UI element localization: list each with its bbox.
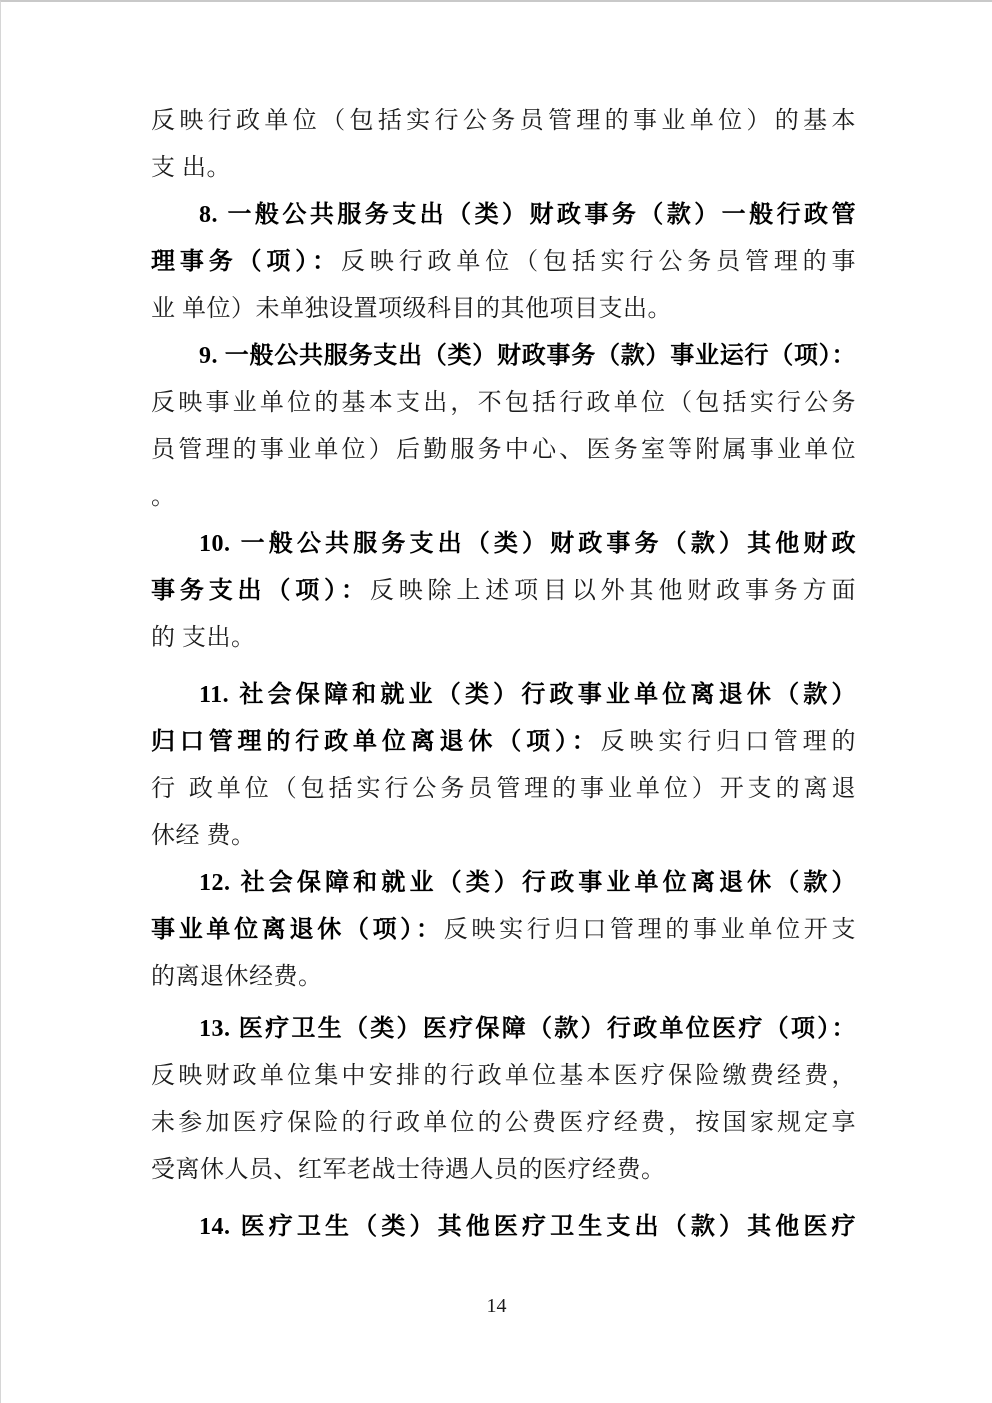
body-line: 的 支出。 [151, 615, 856, 662]
section-heading-8: 8. 一般公共服务支出（类）财政事务（款）一般行政管 [151, 192, 856, 239]
text-segment: 休经 费。 [151, 823, 256, 849]
text-segment: 行 政单位（包括实行公务员管理的事业单位）开支的离退 [151, 776, 856, 802]
page-number: 14 [1, 1294, 992, 1318]
body-line: 行 政单位（包括实行公务员管理的事业单位）开支的离退 [151, 766, 856, 813]
body-line: 的离退休经费。 [151, 954, 856, 1001]
body-line: 休经 费。 [151, 813, 856, 860]
body-line: 归口管理的行政单位离退休（项）：反映实行归口管理的 [151, 719, 856, 766]
text-segment: 员管理的事业单位）后勤服务中心、医务室等附属事业单位 [151, 437, 856, 463]
bold-segment: 11. 社会保障和就业（类）行政事业单位离退休（款） [199, 682, 856, 708]
text-segment: 反映实行归口管理的事业单位开支 [444, 917, 856, 943]
text-segment: 业 单位）未单独设置项级科目的其他项目支出。 [151, 296, 672, 322]
bold-segment: 8. 一般公共服务支出（类）财政事务（款）一般行政管 [199, 202, 856, 228]
bold-segment: 理事务（项）： [151, 249, 341, 275]
text-segment: 反映行政单位（包括实行公务员管理的事业单位）的基本 [151, 108, 856, 134]
bold-segment: 9. 一般公共服务支出（类）财政事务（款）事业运行（项）： [199, 343, 856, 369]
section-heading-12: 12. 社会保障和就业（类）行政事业单位离退休（款） [151, 860, 856, 907]
bold-segment: 14. 医疗卫生（类）其他医疗卫生支出（款）其他医疗 [199, 1214, 856, 1240]
text-segment: 支 出。 [151, 155, 231, 181]
text-segment: 反映行政单位（包括实行公务员管理的事 [341, 249, 856, 275]
section-heading-13: 13. 医疗卫生（类）医疗保障（款）行政单位医疗（项）： [151, 1006, 856, 1053]
text-segment: 反映除上述项目以外其他财政事务方面 [370, 578, 856, 604]
document-page: 反映行政单位（包括实行公务员管理的事业单位）的基本 支 出。 8. 一般公共服务… [0, 0, 992, 1403]
body-line: 。 [151, 474, 856, 521]
text-segment: 反映事业单位的基本支出，不包括行政单位（包括实行公务 [151, 390, 856, 416]
body-line: 支 出。 [151, 145, 856, 192]
bold-segment: 12. 社会保障和就业（类）行政事业单位离退休（款） [199, 870, 856, 896]
text-segment: 反映财政单位集中安排的行政单位基本医疗保险缴费经费， [151, 1063, 856, 1089]
body-line: 反映行政单位（包括实行公务员管理的事业单位）的基本 [151, 98, 856, 145]
section-heading-11: 11. 社会保障和就业（类）行政事业单位离退休（款） [151, 672, 856, 719]
body-line: 事业单位离退休（项）：反映实行归口管理的事业单位开支 [151, 907, 856, 954]
bold-segment: 归口管理的行政单位离退休（项）： [151, 729, 601, 755]
text-segment: 受离休人员、红军老战士待遇人员的医疗经费。 [151, 1157, 666, 1183]
section-heading-10: 10. 一般公共服务支出（类）财政事务（款）其他财政 [151, 521, 856, 568]
text-segment: 。 [151, 484, 176, 510]
body-line: 业 单位）未单独设置项级科目的其他项目支出。 [151, 286, 856, 333]
bold-segment: 10. 一般公共服务支出（类）财政事务（款）其他财政 [199, 531, 856, 557]
text-segment: 反映实行归口管理的 [601, 729, 856, 755]
text-segment: 的离退休经费。 [151, 964, 323, 990]
section-heading-14: 14. 医疗卫生（类）其他医疗卫生支出（款）其他医疗 [151, 1204, 856, 1251]
section-heading-9: 9. 一般公共服务支出（类）财政事务（款）事业运行（项）： [151, 333, 856, 380]
page-body-text: 反映行政单位（包括实行公务员管理的事业单位）的基本 支 出。 8. 一般公共服务… [151, 98, 856, 1251]
bold-segment: 13. 医疗卫生（类）医疗保障（款）行政单位医疗（项）： [199, 1016, 856, 1042]
body-line: 理事务（项）：反映行政单位（包括实行公务员管理的事 [151, 239, 856, 286]
body-line: 未参加医疗保险的行政单位的公费医疗经费，按国家规定享 [151, 1100, 856, 1147]
bold-segment: 事务支出（项）： [151, 578, 370, 604]
text-segment: 的 支出。 [151, 625, 256, 651]
body-line: 反映事业单位的基本支出，不包括行政单位（包括实行公务 [151, 380, 856, 427]
bold-segment: 事业单位离退休（项）： [151, 917, 444, 943]
text-segment: 未参加医疗保险的行政单位的公费医疗经费，按国家规定享 [151, 1110, 856, 1136]
body-line: 事务支出（项）：反映除上述项目以外其他财政事务方面 [151, 568, 856, 615]
body-line: 员管理的事业单位）后勤服务中心、医务室等附属事业单位 [151, 427, 856, 474]
body-line: 反映财政单位集中安排的行政单位基本医疗保险缴费经费， [151, 1053, 856, 1100]
body-line: 受离休人员、红军老战士待遇人员的医疗经费。 [151, 1147, 856, 1194]
